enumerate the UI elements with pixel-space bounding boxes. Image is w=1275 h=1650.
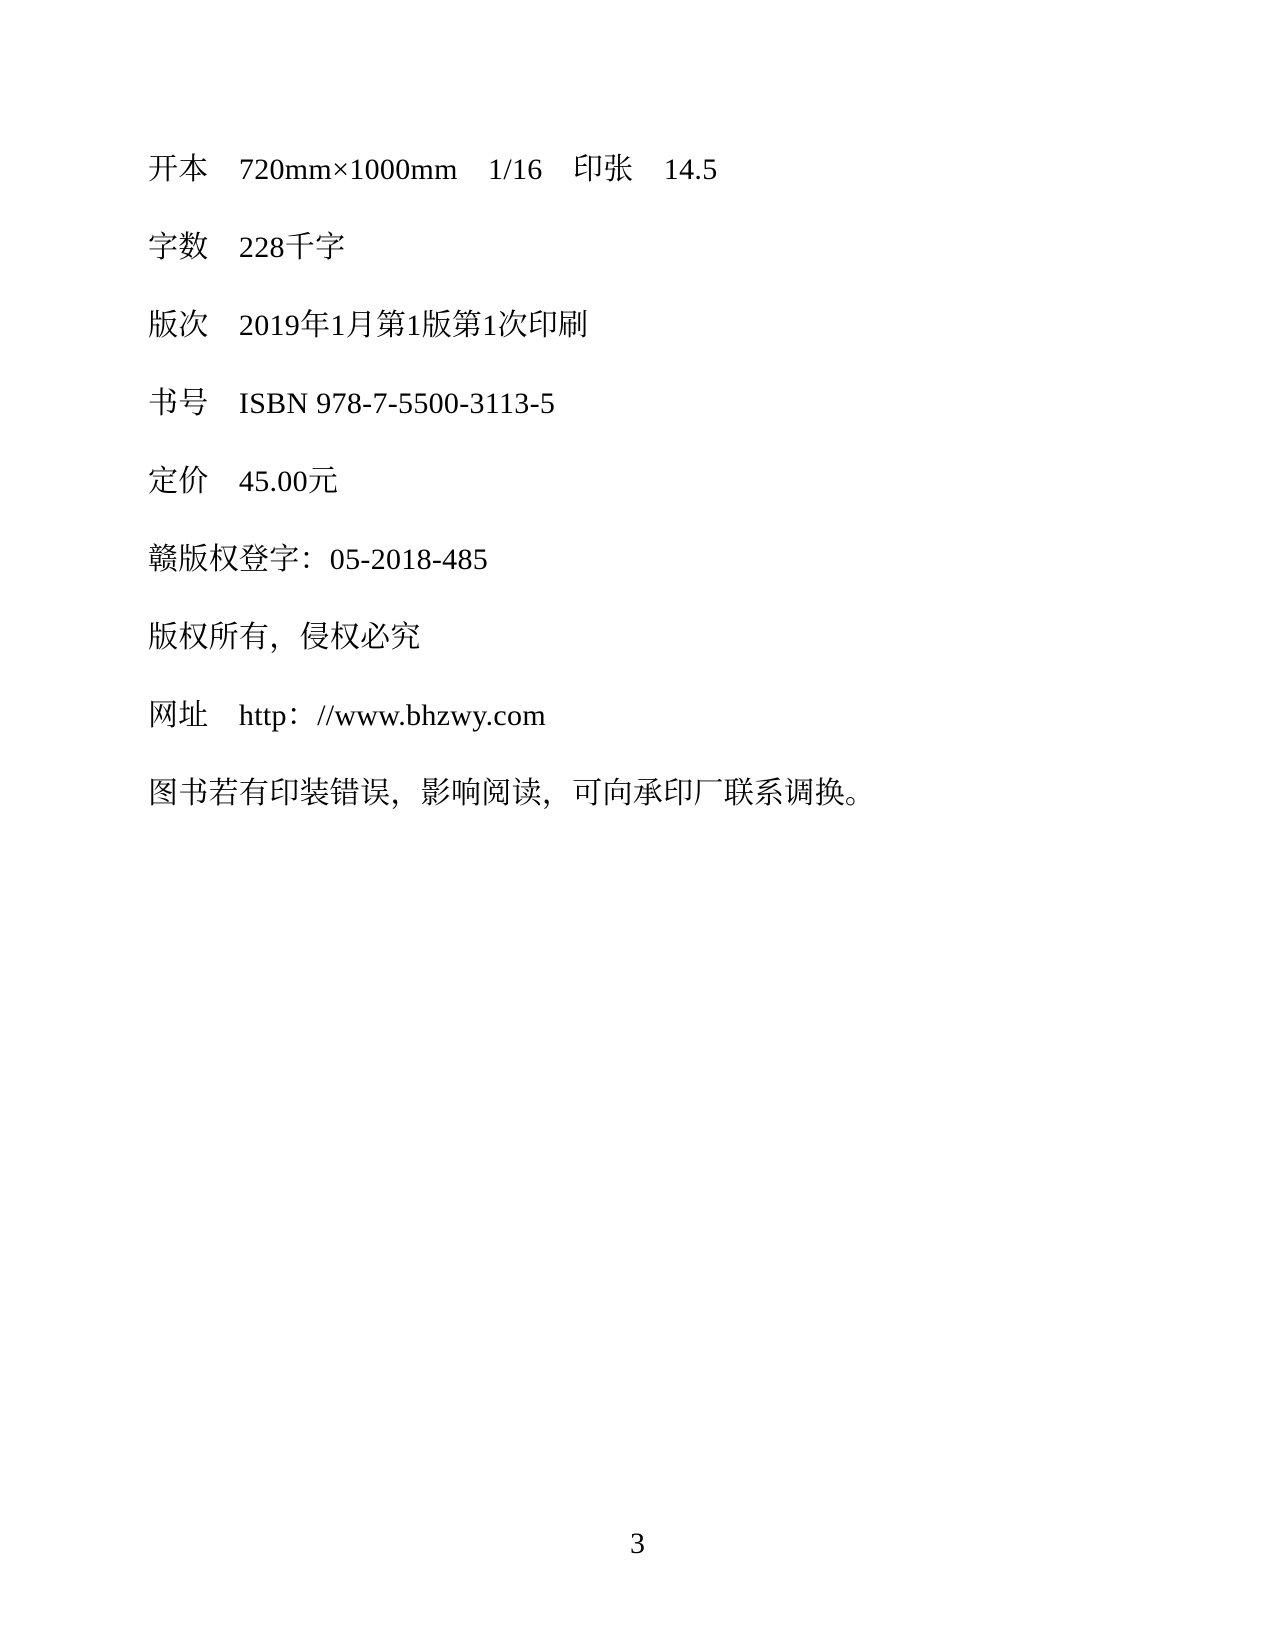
line-format-size: 开本 720mm×1000mm 1/16 印张 14.5 bbox=[148, 150, 1175, 190]
line-copyright-notice: 版权所有，侵权必究 bbox=[148, 618, 1175, 658]
page-number: 3 bbox=[0, 1524, 1275, 1564]
line-word-count: 字数 228千字 bbox=[148, 228, 1175, 268]
line-price: 定价 45.00元 bbox=[148, 462, 1175, 502]
line-copyright-registration: 赣版权登字：05-2018-485 bbox=[148, 540, 1175, 580]
line-misprint-notice: 图书若有印装错误，影响阅读，可向承印厂联系调换。 bbox=[148, 774, 1175, 814]
line-website: 网址 http：//www.bhzwy.com bbox=[148, 696, 1175, 736]
colophon-block: 开本 720mm×1000mm 1/16 印张 14.5 字数 228千字 版次… bbox=[148, 150, 1175, 852]
line-edition-printing: 版次 2019年1月第1版第1次印刷 bbox=[148, 306, 1175, 346]
line-isbn: 书号 ISBN 978-7-5500-3113-5 bbox=[148, 384, 1175, 424]
book-copyright-page: 开本 720mm×1000mm 1/16 印张 14.5 字数 228千字 版次… bbox=[0, 0, 1275, 1650]
